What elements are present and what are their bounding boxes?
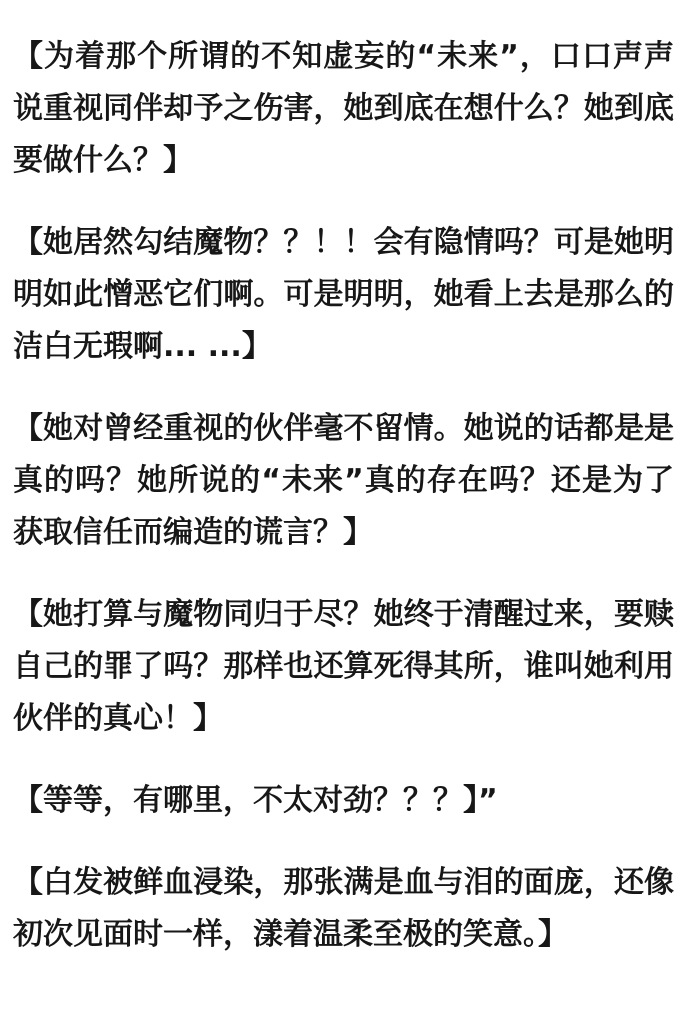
paragraph: 【为着那个所谓的不知虚妄的“未来”，口口声声说重视同伴却予之伤害，她到底在想什么…	[13, 31, 674, 187]
paragraph: 【白发被鲜血浸染，那张满是血与泪的面庞，还像初次见面时一样，漾着温柔至极的笑意。…	[13, 857, 674, 961]
paragraph: 【她对曾经重视的伙伴毫不留情。她说的话都是是真的吗？她所说的“未来”真的存在吗？…	[13, 403, 674, 559]
reader-page: 【为着那个所谓的不知虚妄的“未来”，口口声声说重视同伴却予之伤害，她到底在想什么…	[0, 0, 687, 1013]
paragraph: 【她打算与魔物同归于尽？她终于清醒过来，要赎自己的罪了吗？那样也还算死得其所，谁…	[13, 589, 674, 745]
paragraph: 【她居然勾结魔物？？！！会有隐情吗？可是她明明如此憎恶它们啊。可是明明，她看上去…	[13, 217, 674, 373]
paragraph: 【等等，有哪里，不太对劲？？？】”	[13, 775, 674, 827]
